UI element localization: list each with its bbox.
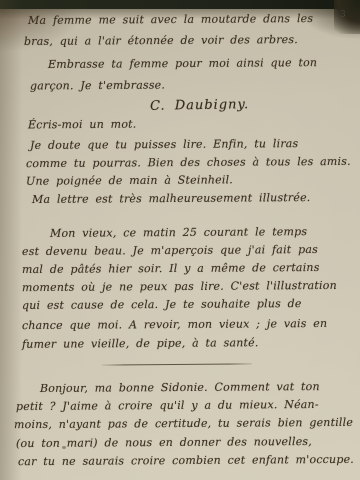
handwritten-line: Une poignée de main à Steinheil. (26, 173, 233, 188)
letter-page: 3 Ma femme me suit avec la moutarde dans… (0, 0, 360, 480)
handwritten-line: Je doute que tu puisses lire. Enfin, tu … (30, 137, 298, 153)
handwritten-line: Embrasse ta femme pour moi ainsi que ton (48, 56, 317, 72)
handwritten-line: (ou ton mari) de nous en donner des nouv… (16, 435, 312, 451)
handwritten-line: Ma lettre est très malheureusement illus… (32, 191, 311, 207)
handwritten-line: bras, qui a l'air étonnée de voir des ar… (24, 33, 298, 49)
handwritten-line: moments où je ne peux pas lire. C'est l'… (22, 279, 337, 295)
handwritten-line: car tu ne saurais croire combien cet enf… (18, 453, 354, 469)
handwritten-line: Mon vieux, ce matin 25 courant le temps (50, 225, 307, 241)
page-number: 3 (340, 10, 346, 20)
handwritten-line: Écris-moi un mot. (28, 118, 137, 133)
signature: C. Daubigny. (150, 97, 249, 114)
paper-corner-shadow (334, 0, 360, 34)
handwritten-line: qui est cause de cela. Je te souhaite pl… (22, 297, 302, 313)
handwritten-line: fumer une vieille, de pipe, à ta santé. (22, 336, 259, 352)
handwritten-line: chance que moi. A revoir, mon vieux ; je… (22, 317, 327, 333)
handwritten-line: petit ? J'aime à croire qu'il y a du mie… (16, 398, 319, 414)
handwritten-line: garçon. Je t'embrasse. (30, 79, 165, 94)
handwritten-line: mal de pâtés hier soir. Il y a même de c… (22, 261, 320, 277)
paper-top-edge-shadow (0, 0, 360, 9)
handwritten-line: Bonjour, ma bonne Sidonie. Comment vat t… (40, 380, 320, 396)
section-divider (102, 363, 252, 365)
handwritten-line: moins, n'ayant pas de certitude, tu sera… (14, 416, 353, 432)
handwritten-line: Ma femme me suit avec la moutarde dans l… (28, 12, 313, 28)
handwritten-line: est devenu beau. Je m'aperçois que j'ai … (22, 243, 318, 259)
ink-smudge (62, 446, 66, 449)
handwritten-line: comme tu pourras. Bien des choses à tous… (26, 155, 351, 171)
